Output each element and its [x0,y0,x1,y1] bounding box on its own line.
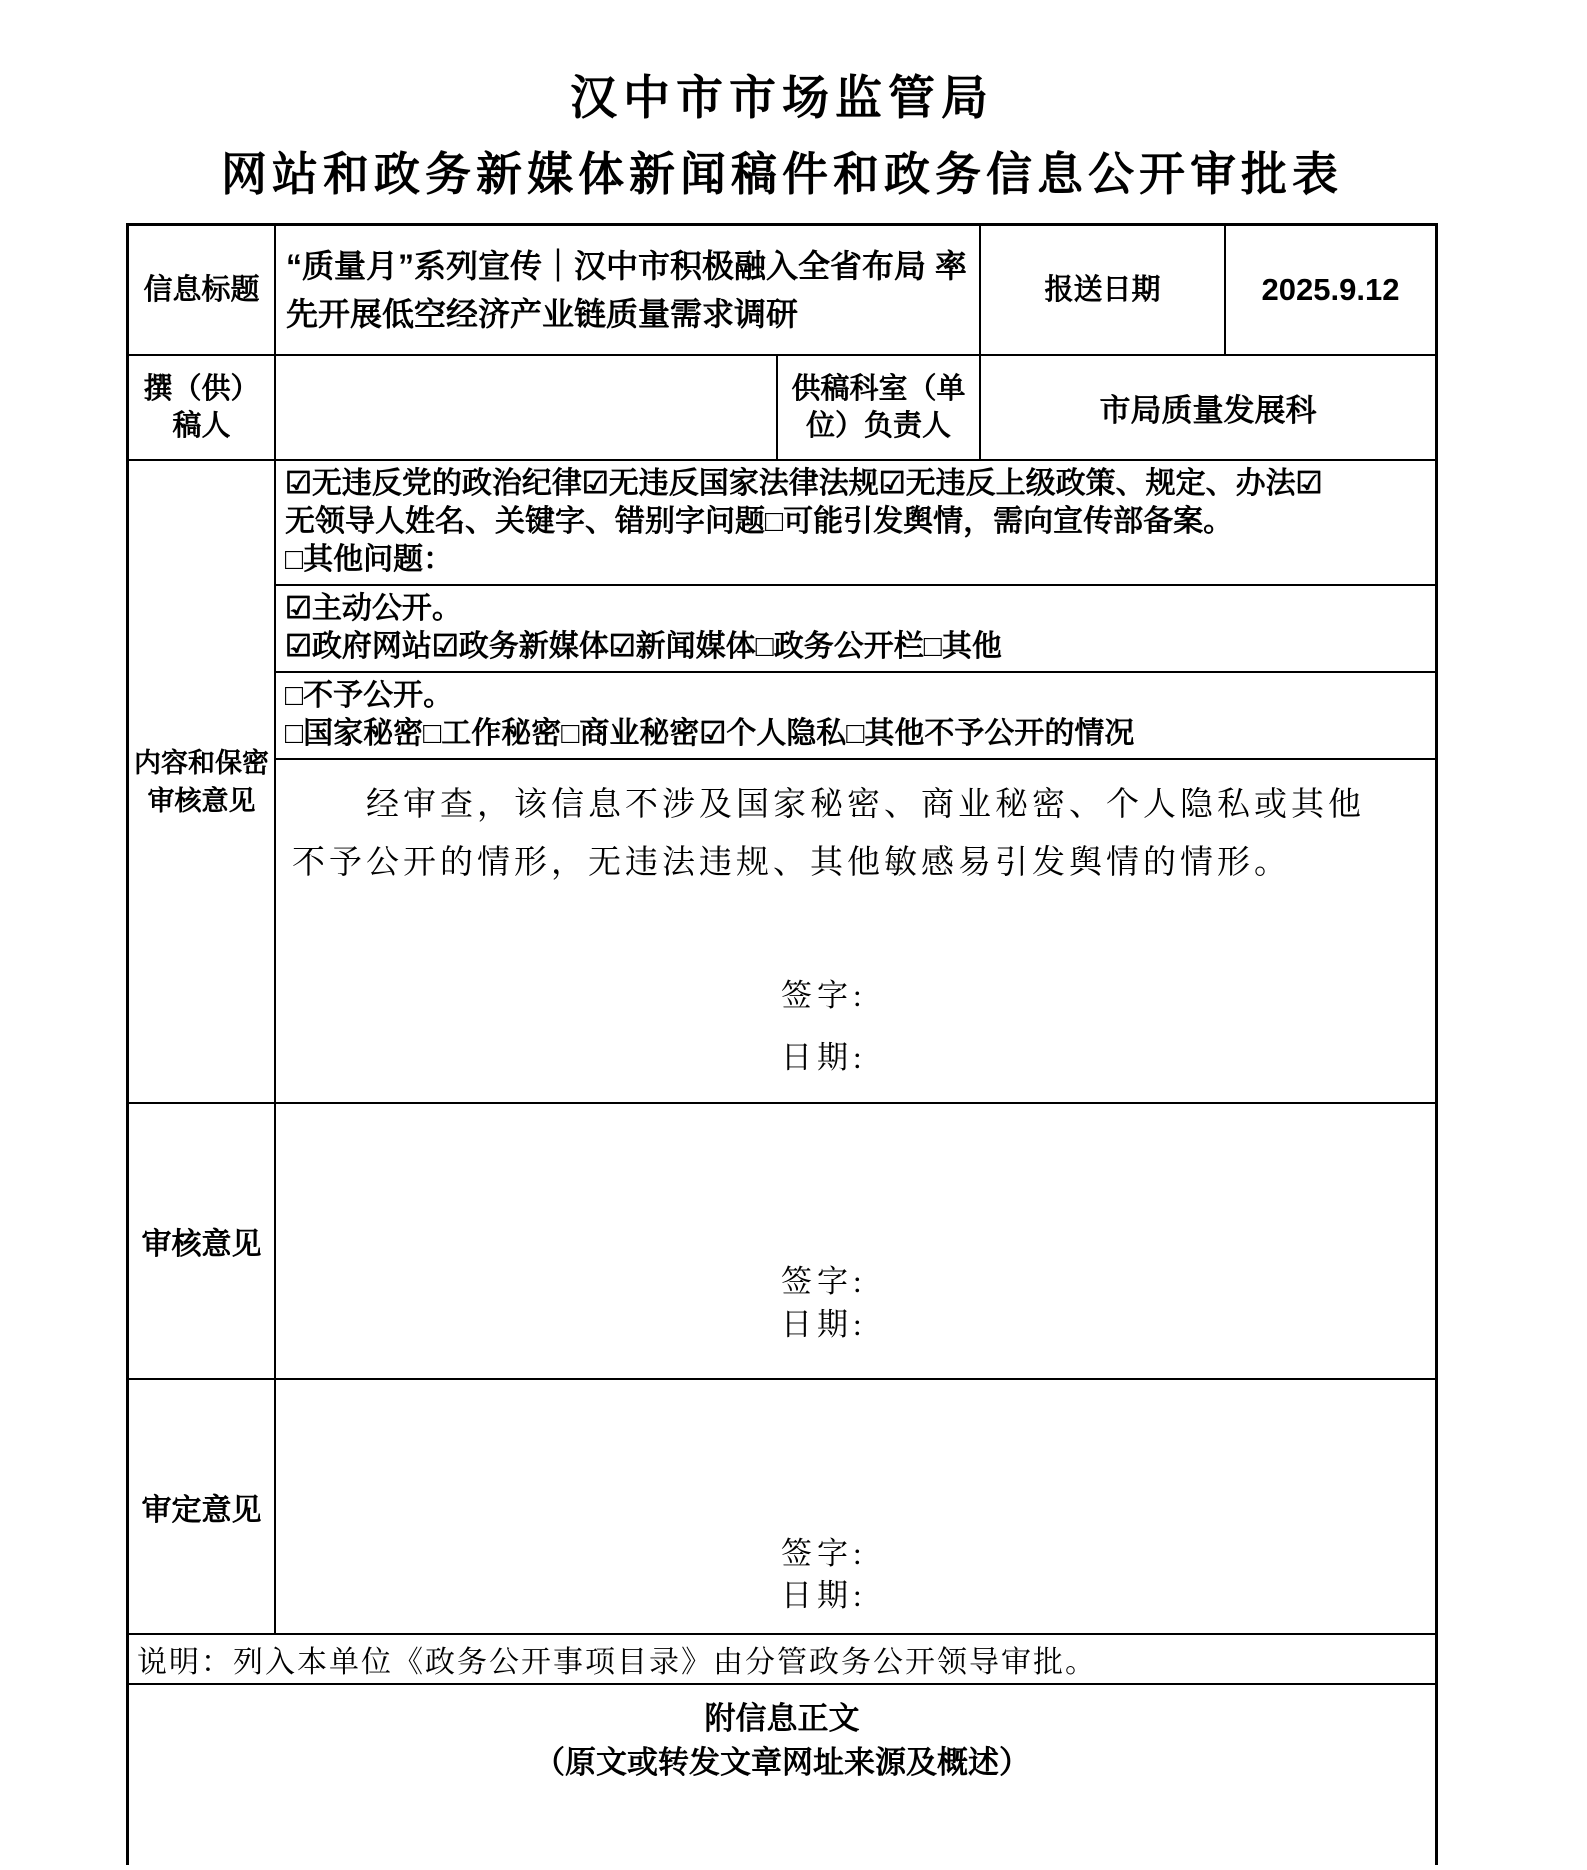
approval-form-table: 信息标题 “质量月”系列宣传｜汉中市积极融入全省布局 率先开展低空经济产业链质量… [126,223,1438,1865]
author-row: 撰（供） 稿人 供稿科室（单 位）负责人 市局质量发展科 [129,356,1435,461]
review-label-line1: 内容和保密 [134,744,269,782]
dept-head-label-line2: 位）负责人 [791,408,965,445]
nopublish-check-line1: □不予公开。 [285,677,1429,715]
content-check-line3: □其他问题： [285,541,1429,579]
nopublish-check-line2: □国家秘密□工作秘密□商业秘密☑个人隐私□其他不予公开的情况 [285,715,1429,753]
page-subtitle: 网站和政务新媒体新闻稿件和政务信息公开审批表 [126,144,1438,206]
info-title-row: 信息标题 “质量月”系列宣传｜汉中市积极融入全省布局 率先开展低空经济产业链质量… [129,226,1435,356]
submit-date-value: 2025.9.12 [1226,226,1435,354]
publish-check-line2: ☑政府网站☑政务新媒体☑新闻媒体□政务公开栏□其他 [285,628,1429,666]
note-cell: 说明：列入本单位《政务公开事项目录》由分管政务公开领导审批。 [129,1635,1435,1683]
content-review-section: 内容和保密 审核意见 ☑无违反党的政治纪律☑无违反国家法律法规☑无违反上级政策、… [129,461,1435,1104]
audit-label: 审核意见 [129,1104,276,1378]
page-title: 汉中市市场监管局 [126,70,1438,128]
approval-sign-label: 签字: [781,1534,867,1574]
publish-check-subrow: ☑主动公开。 ☑政府网站☑政务新媒体☑新闻媒体□政务公开栏□其他 [276,586,1435,673]
approval-opinion-row: 审定意见 签字: 日期: [129,1380,1435,1635]
dept-head-label: 供稿科室（单 位）负责人 [778,356,981,459]
document-header: 汉中市市场监管局 网站和政务新媒体新闻稿件和政务信息公开审批表 [126,70,1438,206]
attachment-row: 附信息正文 （原文或转发文章网址来源及概述） [129,1685,1435,1863]
review-opinion-text: 经审查，该信息不涉及国家秘密、商业秘密、个人隐私或其他不予公开的情形，无违法违规… [276,760,1406,892]
attachment-cell: 附信息正文 （原文或转发文章网址来源及概述） [129,1685,1435,1863]
audit-date-label: 日期: [781,1305,867,1345]
audit-content-cell: 签字: 日期: [276,1104,1435,1378]
review-label-line2: 审核意见 [134,782,269,820]
review-content-cell: ☑无违反党的政治纪律☑无违反国家法律法规☑无违反上级政策、规定、办法☑ 无领导人… [276,461,1435,1102]
review-label: 内容和保密 审核意见 [129,461,276,1102]
content-check-line2: 无领导人姓名、关键字、错别字问题□可能引发舆情，需向宣传部备案。 [285,503,1429,541]
note-row: 说明：列入本单位《政务公开事项目录》由分管政务公开领导审批。 [129,1635,1435,1685]
info-title-value: “质量月”系列宣传｜汉中市积极融入全省布局 率先开展低空经济产业链质量需求调研 [276,242,979,338]
content-check-line1: ☑无违反党的政治纪律☑无违反国家法律法规☑无违反上级政策、规定、办法☑ [285,465,1429,503]
approval-content-cell: 签字: 日期: [276,1380,1435,1633]
audit-opinion-row: 审核意见 签字: 日期: [129,1104,1435,1380]
review-date-label: 日期: [781,1038,867,1078]
dept-head-label-line1: 供稿科室（单 [791,371,965,408]
author-label: 撰（供） 稿人 [129,356,276,459]
author-value [276,356,778,459]
approval-label: 审定意见 [129,1380,276,1633]
dept-head-value: 市局质量发展科 [981,356,1435,459]
audit-sign-label: 签字: [781,1262,867,1302]
author-label-line1: 撰（供） [143,371,259,408]
content-check-subrow: ☑无违反党的政治纪律☑无违反国家法律法规☑无违反上级政策、规定、办法☑ 无领导人… [276,461,1435,586]
approval-date-label: 日期: [781,1576,867,1616]
attachment-subtitle: （原文或转发文章网址来源及概述） [129,1741,1435,1785]
info-title-cell: “质量月”系列宣传｜汉中市积极融入全省布局 率先开展低空经济产业链质量需求调研 [276,226,981,354]
attachment-title: 附信息正文 [129,1697,1435,1741]
info-title-label: 信息标题 [129,226,276,354]
review-sign-label: 签字: [781,976,867,1016]
review-opinion-subrow: 经审查，该信息不涉及国家秘密、商业秘密、个人隐私或其他不予公开的情形，无违法违规… [276,760,1435,1102]
author-label-line2: 稿人 [143,408,259,445]
submit-date-label: 报送日期 [981,226,1226,354]
nopublish-check-subrow: □不予公开。 □国家秘密□工作秘密□商业秘密☑个人隐私□其他不予公开的情况 [276,673,1435,760]
note-text: 说明：列入本单位《政务公开事项目录》由分管政务公开领导审批。 [129,1637,1097,1681]
publish-check-line1: ☑主动公开。 [285,590,1429,628]
